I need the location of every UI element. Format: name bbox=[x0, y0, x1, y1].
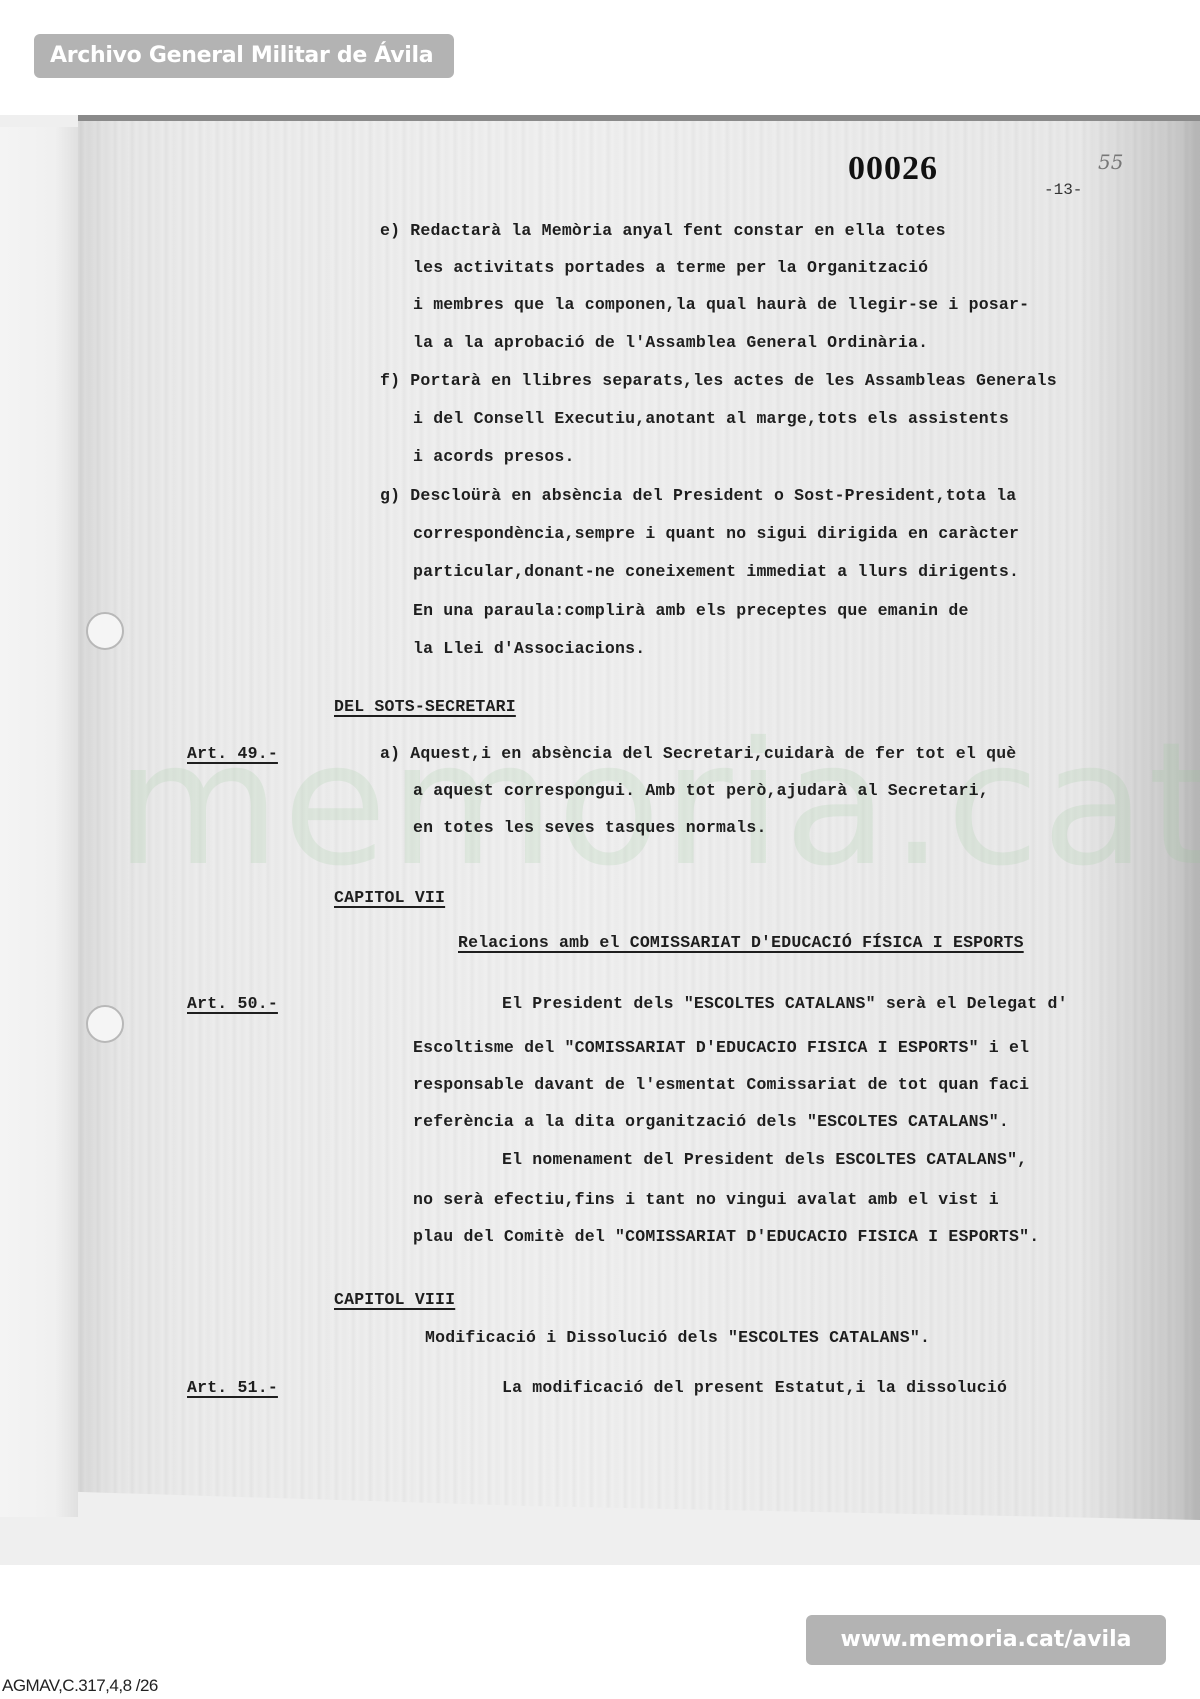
text-line-e3: i membres que la componen,la qual haurà … bbox=[413, 295, 1029, 314]
art50-line-5: El nomenament del President dels ESCOLTE… bbox=[502, 1150, 1027, 1169]
text-line-g5: la Llei d'Associacions. bbox=[413, 639, 645, 658]
website-link[interactable]: www.memoria.cat/avila bbox=[806, 1615, 1166, 1665]
article-label-50: Art. 50.- bbox=[187, 994, 278, 1013]
text-line-f2: i del Consell Executiu,anotant al marge,… bbox=[413, 409, 1009, 428]
punch-hole-icon bbox=[86, 612, 124, 650]
section-heading-sots-secretari: DEL SOTS-SECRETARI bbox=[334, 697, 516, 716]
chapter-subheading-viii: Modificació i Dissolució dels "ESCOLTES … bbox=[425, 1328, 930, 1347]
text-line-g2: correspondència,sempre i quant no sigui … bbox=[413, 524, 1019, 543]
archive-title-badge: Archivo General Militar de Ávila bbox=[34, 34, 454, 78]
art50-line-6: no serà efectiu,fins i tant no vingui av… bbox=[413, 1190, 999, 1209]
article-label-49: Art. 49.- bbox=[187, 744, 278, 763]
art50-line-7: plau del Comitè del "COMISSARIAT D'EDUCA… bbox=[413, 1227, 1039, 1246]
text-line-g1: g) Descloürà en absència del President o… bbox=[380, 486, 1016, 505]
punch-hole-icon bbox=[86, 1005, 124, 1043]
document-stamp-number: 00026 bbox=[848, 150, 938, 188]
handwritten-folio: 55 bbox=[1098, 150, 1123, 174]
text-line-e4: la a la aprobació de l'Assamblea General… bbox=[413, 333, 928, 352]
text-line-f3: i acords presos. bbox=[413, 447, 575, 466]
chapter-heading-vii: CAPITOL VII bbox=[334, 888, 445, 907]
chapter-subheading-vii: Relacions amb el COMISSARIAT D'EDUCACIÓ … bbox=[458, 933, 1024, 952]
art51-line-1: La modificació del present Estatut,i la … bbox=[502, 1378, 1007, 1397]
text-line-e1: e) Redactarà la Memòria anyal fent const… bbox=[380, 221, 946, 240]
archive-reference-code: AGMAV,C.317,4,8 /26 bbox=[2, 1676, 158, 1696]
text-line-f1: f) Portarà en llibres separats,les actes… bbox=[380, 371, 1057, 390]
chapter-heading-viii: CAPITOL VIII bbox=[334, 1290, 455, 1309]
art50-line-1: El President dels "ESCOLTES CATALANS" se… bbox=[502, 994, 1068, 1013]
text-line-g3: particular,donant-ne coneixement immedia… bbox=[413, 562, 1019, 581]
page-number: -13- bbox=[1044, 181, 1082, 199]
art50-line-4: referència a la dita organització dels "… bbox=[413, 1112, 1009, 1131]
art49-line-3: en totes les seves tasques normals. bbox=[413, 818, 767, 837]
art50-line-2: Escoltisme del "COMISSARIAT D'EDUCACIO F… bbox=[413, 1038, 1029, 1057]
text-line-g4: En una paraula:complirà amb els precepte… bbox=[413, 601, 969, 620]
art49-line-1: a) Aquest,i en absència del Secretari,cu… bbox=[380, 744, 1016, 763]
page-left-margin bbox=[0, 127, 78, 1517]
art50-line-3: responsable davant de l'esmentat Comissa… bbox=[413, 1075, 1029, 1094]
text-line-e2: les activitats portades a terme per la O… bbox=[413, 258, 928, 277]
art49-line-2: a aquest correspongui. Amb tot però,ajud… bbox=[413, 781, 989, 800]
article-label-51: Art. 51.- bbox=[187, 1378, 278, 1397]
